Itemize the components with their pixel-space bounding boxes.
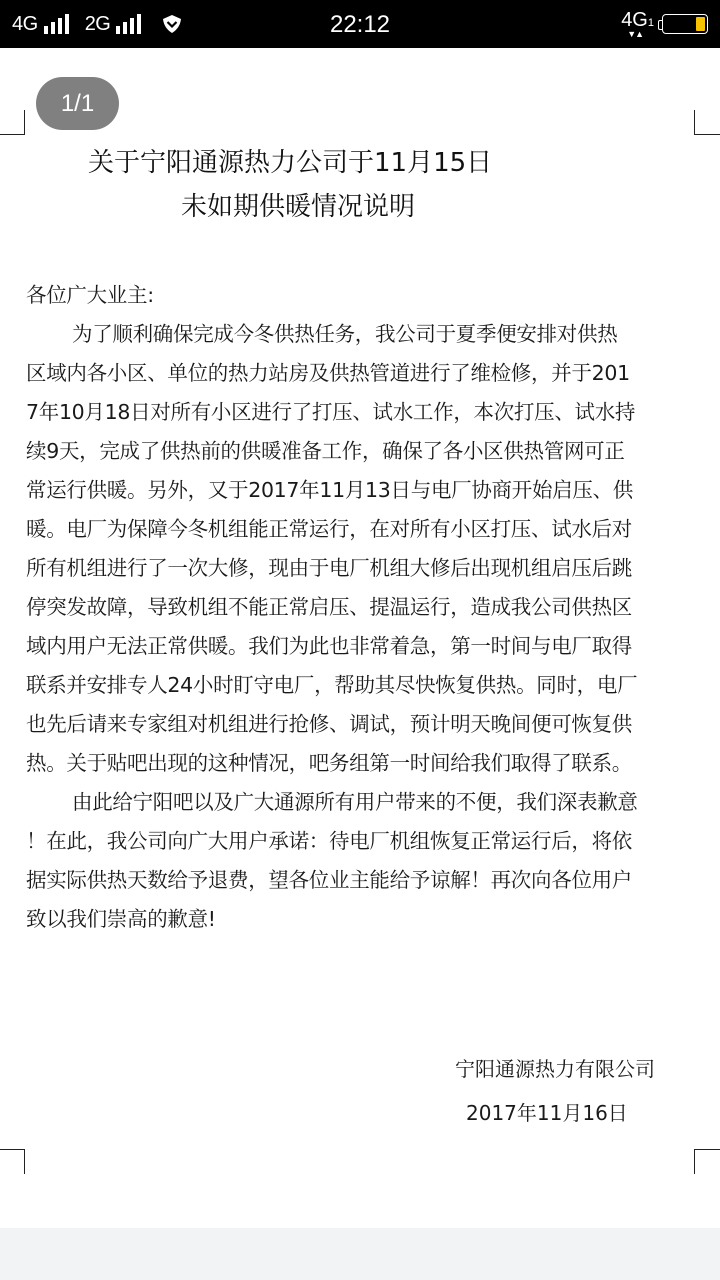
body-line: 据实际供热天数给予退费，望各位业主能给予谅解！再次向各位用户 xyxy=(26,861,694,900)
battery-icon xyxy=(662,14,708,34)
clock: 22:12 xyxy=(0,0,720,48)
body-line: 所有机组进行了一次大修，现由于电厂机组大修后出现机组启压后跳 xyxy=(26,549,694,588)
body-line: 区域内各小区、单位的热力站房及供热管道进行了维检修，并于201 xyxy=(26,354,694,393)
body-line: 为了顺利确保完成今冬供热任务，我公司于夏季便安排对供热 xyxy=(26,315,694,354)
crop-mark-top-right xyxy=(694,110,720,135)
signature-company: 宁阳通源热力有限公司 xyxy=(455,1053,655,1082)
greeting: 各位广大业主: xyxy=(26,275,694,315)
body-line: 也先后请来专家组对机组进行抢修、调试，预计明天晚间便可恢复供 xyxy=(26,705,694,744)
data-network-indicator: 4G1 ▼▲ xyxy=(621,10,654,33)
battery-nub xyxy=(658,20,662,30)
signature-date: 2017年11月16日 xyxy=(466,1097,628,1126)
status-right: 4G1 ▼▲ xyxy=(621,0,708,48)
body-line: 域内用户无法正常供暖。我们为此也非常着急，第一时间与电厂取得 xyxy=(26,627,694,666)
body-line: 续9天，完成了供热前的供暖准备工作，确保了各小区供热管网可正 xyxy=(26,432,694,471)
body-line: 停突发故障，导致机组不能正常启压、提温运行，造成我公司供热区 xyxy=(26,588,694,627)
crop-mark-bottom-right xyxy=(694,1149,720,1174)
document-body: 各位广大业主: 为了顺利确保完成今冬供热任务，我公司于夏季便安排对供热 区域内各… xyxy=(26,275,694,939)
data-sim-index: 1 xyxy=(648,17,654,29)
status-bar: 4G 2G 22:12 4G1 ▼▲ xyxy=(0,0,720,48)
battery-level xyxy=(696,17,705,31)
crop-mark-top-left xyxy=(0,110,25,135)
page-indicator: 1/1 xyxy=(36,77,119,130)
data-activity-icon: ▼▲ xyxy=(627,30,643,39)
crop-mark-bottom-left xyxy=(0,1149,25,1174)
body-line: 热。关于贴吧出现的这种情况，吧务组第一时间给我们取得了联系。 xyxy=(26,744,694,783)
document-title-line-2: 未如期供暖情况说明 xyxy=(181,186,415,223)
body-line: 7年10月18日对所有小区进行了打压、试水工作，本次打压、试水持 xyxy=(26,393,694,432)
document-title-line-1: 关于宁阳通源热力公司于11月15日 xyxy=(88,142,492,179)
body-line: ！在此，我公司向广大用户承诺：待电厂机组恢复正常运行后，将依 xyxy=(26,822,694,861)
data-network-label: 4G xyxy=(621,9,648,31)
body-line: 联系并安排专人24小时盯守电厂，帮助其尽快恢复供热。同时，电厂 xyxy=(26,666,694,705)
body-line: 致以我们崇高的歉意! xyxy=(26,900,694,939)
body-line: 常运行供暖。另外，又于2017年11月13日与电厂协商开始启压、供 xyxy=(26,471,694,510)
body-line: 暖。电厂为保障今冬机组能正常运行，在对所有小区打压、试水后对 xyxy=(26,510,694,549)
viewer-background xyxy=(0,1228,720,1280)
body-line: 由此给宁阳吧以及广大通源所有用户带来的不便，我们深表歉意 xyxy=(26,783,694,822)
document-page[interactable]: 1/1 关于宁阳通源热力公司于11月15日 未如期供暖情况说明 各位广大业主: … xyxy=(0,48,720,1228)
